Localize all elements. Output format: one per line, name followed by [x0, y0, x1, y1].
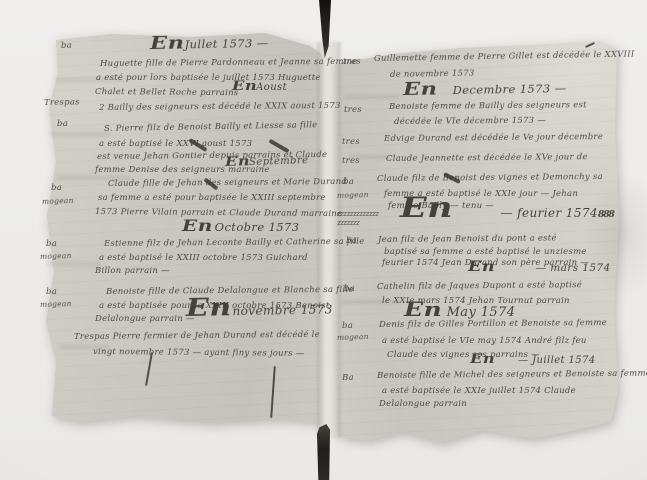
- manuscript-line: est venue Jehan Gontier depuis parrains …: [97, 150, 327, 162]
- ink-bleedthrough: [345, 95, 400, 99]
- heading-text: Aoust: [256, 82, 287, 93]
- heading-text: Decembre 1573 —: [452, 81, 566, 97]
- margin-note: mogean: [40, 251, 72, 261]
- manuscript-line: a esté baptisé le XXIII octobre 1573 Gui…: [99, 253, 308, 263]
- margin-note: ba: [343, 177, 354, 187]
- manuscript-scan-photo: ba Trespas ba ba mogean ba mogean ba mog…: [0, 0, 647, 480]
- ink-bleedthrough: [46, 262, 101, 266]
- manuscript-line: Claude des vignes ses parrains —: [387, 350, 540, 360]
- manuscript-line: 2 Bailly des seigneurs est décédé le XXI…: [99, 101, 341, 113]
- margin-note: Ba: [342, 373, 354, 383]
- heading-flourish: 888: [598, 210, 614, 220]
- heading-text: May 1574: [447, 305, 516, 320]
- manuscript-line: a esté pour lors baptisée le juillet 157…: [96, 73, 321, 83]
- manuscript-line: Trespas Pierre fermier de Jehan Durand e…: [74, 330, 320, 342]
- manuscript-line: Benoiste femme de Bailly des seigneurs e…: [389, 100, 587, 112]
- manuscript-line: sa femme a esté pour baptisée le XXIII s…: [98, 193, 326, 203]
- margin-note: Trespas: [44, 97, 80, 108]
- section-heading-octobre-1573: EnOctobre 1573: [182, 220, 299, 234]
- margin-note: mogean: [337, 190, 369, 200]
- manuscript-line: Edvige Durand est décédée le Ve jour déc…: [384, 132, 603, 144]
- manuscript-line: Cathelin filz de Jaques Dupont a esté ba…: [377, 280, 582, 292]
- heading-initial: En: [150, 43, 185, 44]
- margin-note: ba: [51, 183, 62, 193]
- margin-note: ba: [46, 239, 57, 249]
- margin-note: ba: [57, 119, 68, 129]
- manuscript-line: Billon parrain —: [95, 266, 170, 276]
- manuscript-line: Chalet et Bellet Roche parrains: [95, 87, 239, 98]
- pen-trial-marks: zzzzzzzzzzzzz: [337, 210, 378, 218]
- manuscript-line: 1573 Pierre Vilain parrain et Claude Dur…: [95, 207, 342, 219]
- manuscript-line: a esté baptisé le VIe may 1574 André fil…: [382, 336, 587, 346]
- manuscript-line: feurier 1574 Jean Durand son père parrai…: [382, 258, 589, 268]
- manuscript-line: vingt novembre 1573 — ayant finy ses jou…: [93, 347, 305, 359]
- margin-note: mogean: [40, 299, 72, 309]
- manuscript-line: a esté baptisée le XXIe juillet 1574 Cla…: [382, 386, 576, 396]
- manuscript-line: Claude fille de Jehan des seigneurs et M…: [108, 177, 347, 189]
- heading-text: Jullet 1573 —: [184, 36, 268, 51]
- margin-note: ba: [344, 284, 355, 294]
- manuscript-line: Denis filz de Gilles Portillon et Benois…: [379, 318, 607, 330]
- margin-note: tres: [342, 137, 360, 147]
- section-heading-juillet-1573: EnJullet 1573 —: [150, 36, 269, 52]
- margin-note: ba: [346, 236, 357, 246]
- section-heading-may-1574: EnMay 1574: [404, 305, 515, 320]
- binding-strap-bottom: [317, 424, 330, 480]
- section-heading-aoust: EnAoust: [232, 82, 287, 93]
- section-heading-decembre-1573: EnDecembre 1573 —: [403, 81, 567, 98]
- ink-bleedthrough: [50, 132, 110, 136]
- margin-note: mogean: [42, 196, 74, 206]
- manuscript-line: Jean filz de Jean Benoist du pont a esté: [378, 233, 557, 245]
- manuscript-line: Claude filz de Benoist des vignes et Dem…: [377, 172, 603, 184]
- manuscript-line: décédée le VIe décembre 1573 —: [394, 116, 546, 127]
- manuscript-line: le XXIe mars 1574 Jehan Tournut parrain: [382, 296, 570, 306]
- heading-initial: En: [403, 89, 438, 90]
- margin-note: ba: [46, 287, 57, 297]
- manuscript-line: femme a esté baptisé le XXIe jour — Jeha…: [384, 189, 578, 199]
- margin-note: tres: [342, 156, 360, 166]
- manuscript-line: Delalongue parrain: [379, 399, 467, 409]
- pen-trial-marks: zzzzzzz: [337, 219, 359, 227]
- manuscript-line: Delalongue parrain —: [95, 314, 195, 324]
- manuscript-line: baptisé sa femme a esté baptisé le unzie…: [384, 247, 587, 257]
- manuscript-line: a esté baptisé le XXVI aoust 1573: [99, 139, 252, 149]
- heading-text: — feurier 1574: [501, 206, 598, 220]
- margin-note: tres: [344, 105, 362, 115]
- manuscript-line: femme Bailly — tenu —: [388, 201, 494, 211]
- manuscript-line: a esté baptisée pour le XXIII octobre 15…: [99, 301, 330, 311]
- margin-note: tres: [343, 57, 361, 67]
- manuscript-line: femme Denise des seigneurs marraine: [95, 165, 270, 175]
- heading-text: Octobre 1573: [215, 220, 300, 234]
- manuscript-line: Claude Jeannette est décédée le XVe jour…: [386, 152, 588, 164]
- margin-note: ba: [61, 41, 72, 51]
- manuscript-line: de novembre 1573: [390, 69, 475, 80]
- margin-note: ba: [342, 321, 353, 331]
- margin-note: mogean: [337, 332, 369, 342]
- heading-initial: En: [225, 162, 250, 163]
